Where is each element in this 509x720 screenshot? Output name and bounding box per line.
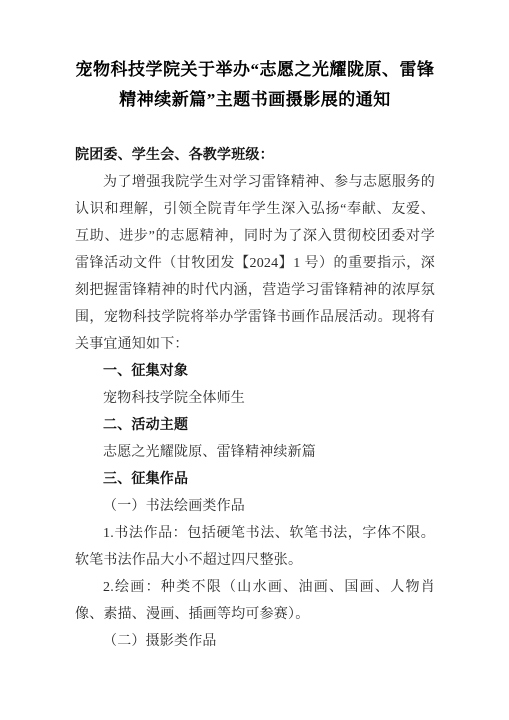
salutation-line: 院团委、学生会、各教学班级： — [75, 142, 435, 169]
section-2-heading: 二、活动主题 — [75, 412, 435, 439]
section-3-heading: 三、征集作品 — [75, 466, 435, 493]
section-3-item-1: 1.书法作品：包括硬笔书法、软笔书法，字体不限。软笔书法作品大小不超过四尺整张。 — [75, 520, 435, 574]
intro-paragraph: 为了增强我院学生对学习雷锋精神、参与志愿服务的认识和理解，引领全院青年学生深入弘… — [75, 169, 435, 358]
section-3-subsection-1-title: （一）书法绘画类作品 — [75, 493, 435, 520]
section-2-body: 志愿之光耀陇原、雷锋精神续新篇 — [75, 439, 435, 466]
document-title: 宠物科技学院关于举办“志愿之光耀陇原、雷锋 精神续新篇”主题书画摄影展的通知 — [75, 55, 435, 115]
section-3-subsection-2-title: （二）摄影类作品 — [75, 628, 435, 655]
document-title-line-2: 精神续新篇”主题书画摄影展的通知 — [75, 85, 435, 115]
section-1-heading: 一、征集对象 — [75, 358, 435, 385]
section-1-body: 宠物科技学院全体师生 — [75, 385, 435, 412]
document-title-line-1: 宠物科技学院关于举办“志愿之光耀陇原、雷锋 — [75, 55, 435, 85]
notice-document-page: 宠物科技学院关于举办“志愿之光耀陇原、雷锋 精神续新篇”主题书画摄影展的通知 院… — [0, 0, 509, 720]
section-3-item-2: 2.绘画：种类不限（山水画、油画、国画、人物肖像、素描、漫画、插画等均可参赛）。 — [75, 574, 435, 628]
